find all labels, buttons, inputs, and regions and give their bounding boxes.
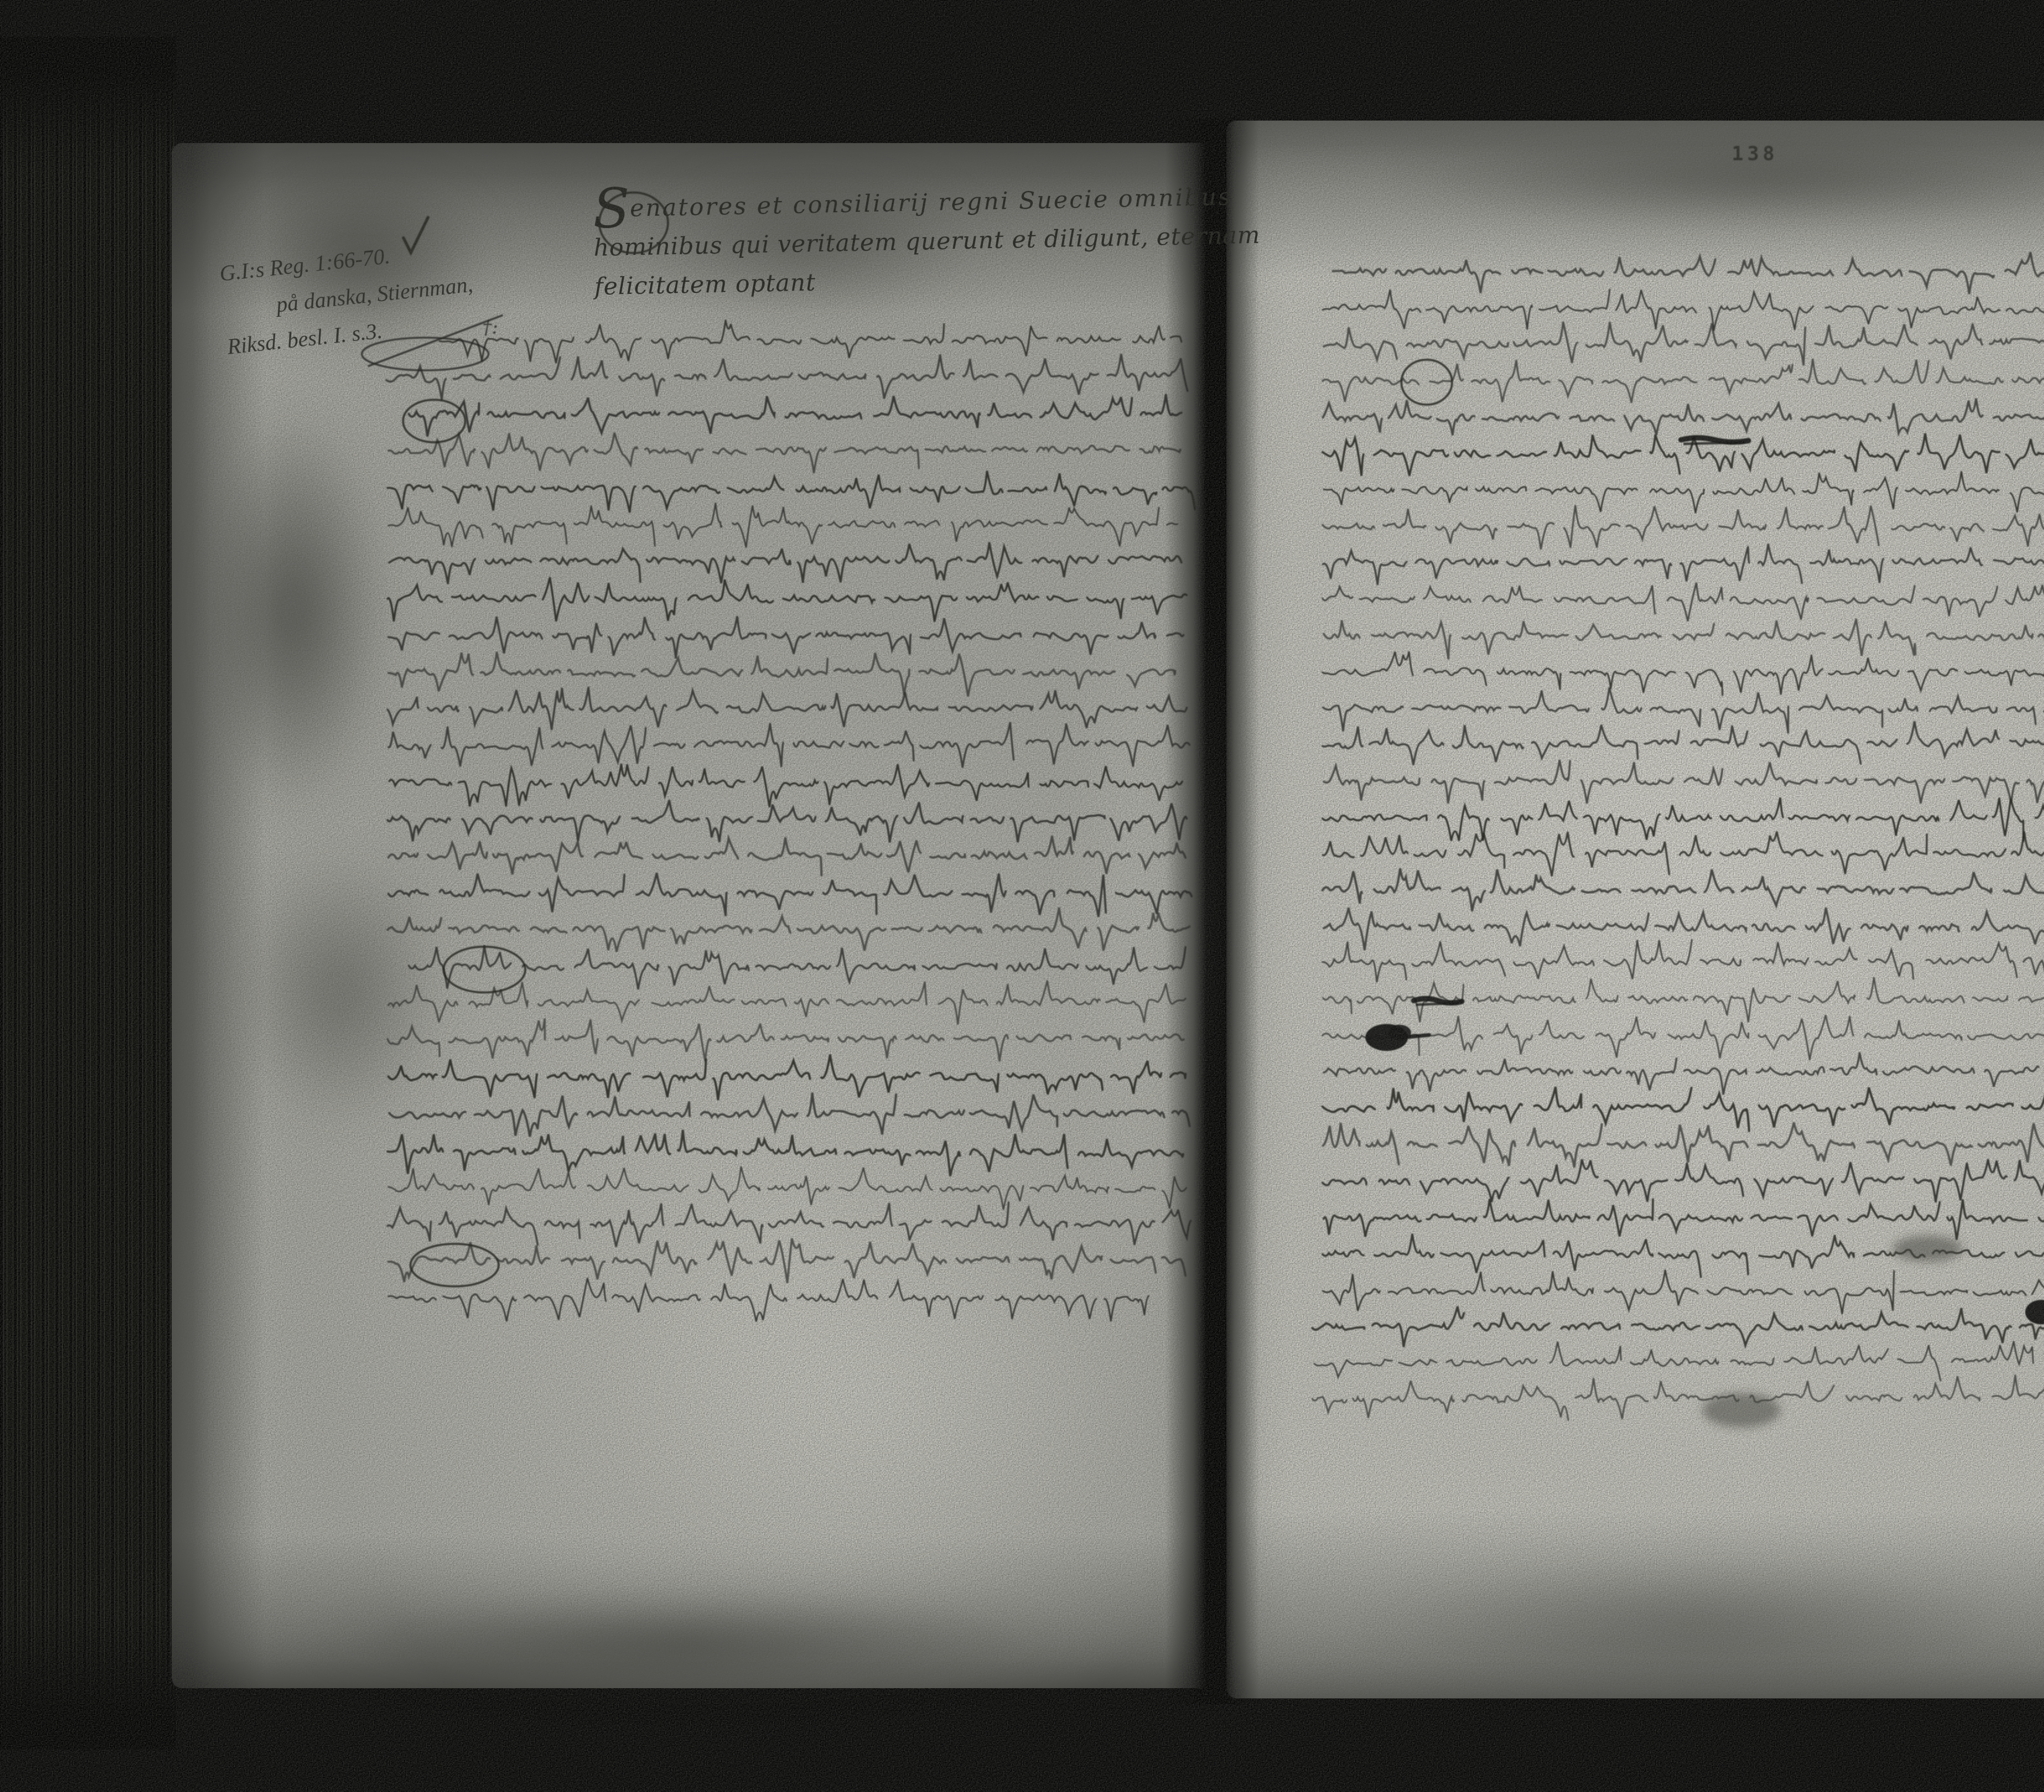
book-page-edges-left [0,37,176,1749]
folio-number-stamp: 138 [1732,142,1778,165]
heading-line-1-text: enatores et consiliarij regni Suecie omn… [630,183,1232,222]
manuscript-photo: †: Senatores et consiliarij regni Suecie… [0,0,2044,1792]
book-gutter [1165,119,1259,1705]
latin-heading: Senatores et consiliarij regni Suecie om… [592,177,1261,306]
left-page [172,143,1212,1688]
right-page [1226,121,2044,1698]
